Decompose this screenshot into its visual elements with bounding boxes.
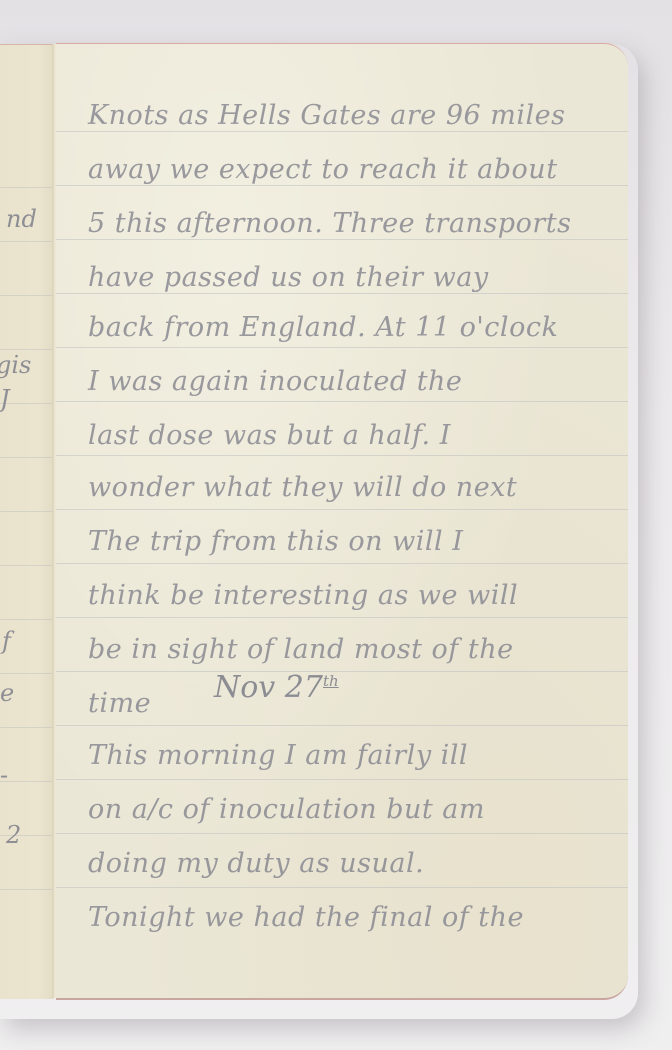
date-heading-text: Nov 27 (214, 670, 323, 705)
ruled-line (0, 349, 54, 350)
diary-line: I was again inoculated the (88, 366, 462, 397)
diary-line: doing my duty as usual. (88, 848, 424, 879)
scanned-notebook-spread: nd gis J f e - 2 Knots as Hells Gates ar… (0, 0, 672, 1050)
ruled-line (56, 401, 628, 402)
ruled-line (56, 563, 628, 564)
diary-line: last dose was but a half. I (88, 420, 451, 451)
diary-line: have passed us on their way (88, 262, 489, 293)
margin-text-fragment: gis (0, 351, 31, 379)
ruled-line (0, 619, 54, 620)
ruled-line (0, 889, 54, 890)
ruled-line (56, 671, 628, 672)
diary-line: Tonight we had the final of the (88, 902, 524, 933)
ruled-line (0, 673, 54, 674)
diary-line: The trip from this on will I (88, 526, 463, 557)
date-ordinal-suffix: th (323, 672, 339, 690)
ruled-line (0, 457, 54, 458)
diary-line: time (88, 688, 151, 719)
ruled-line (0, 565, 54, 566)
date-heading: Nov 27th (214, 670, 339, 705)
diary-line: on a/c of inoculation but am (88, 794, 485, 825)
ruled-line (0, 727, 54, 728)
margin-text-fragment: nd (6, 205, 37, 233)
diary-line: 5 this afternoon. Three transports (88, 208, 571, 239)
ruled-line (56, 617, 628, 618)
margin-text-fragment: J (0, 385, 10, 413)
ruled-line (56, 455, 628, 456)
ruled-line (56, 293, 628, 294)
margin-text-fragment: f (2, 627, 11, 655)
ruled-line (56, 833, 628, 834)
diary-line: back from England. At 11 o'clock (88, 312, 558, 343)
ruled-line (56, 725, 628, 726)
margin-text-fragment: - (0, 761, 8, 789)
ruled-line (56, 131, 628, 132)
left-page: nd gis J f e - 2 (0, 44, 54, 999)
ruled-line (56, 239, 628, 240)
diary-line: Knots as Hells Gates are 96 miles (88, 100, 566, 131)
diary-line: This morning I am fairly ill (88, 740, 468, 771)
diary-line: be in sight of land most of the (88, 634, 514, 665)
ruled-line (0, 295, 54, 296)
right-page: Knots as Hells Gates are 96 miles away w… (56, 43, 628, 1000)
ruled-line (0, 187, 54, 188)
ruled-line (56, 347, 628, 348)
diary-line: away we expect to reach it about (88, 154, 558, 185)
ruled-line (0, 511, 54, 512)
margin-text-fragment: 2 (6, 821, 21, 849)
diary-line: think be interesting as we will (88, 580, 518, 611)
diary-line: wonder what they will do next (88, 472, 517, 503)
ruled-line (0, 241, 54, 242)
ruled-line (56, 509, 628, 510)
ruled-line (56, 887, 628, 888)
ruled-line (56, 779, 628, 780)
ruled-line (56, 185, 628, 186)
margin-text-fragment: e (0, 679, 14, 707)
